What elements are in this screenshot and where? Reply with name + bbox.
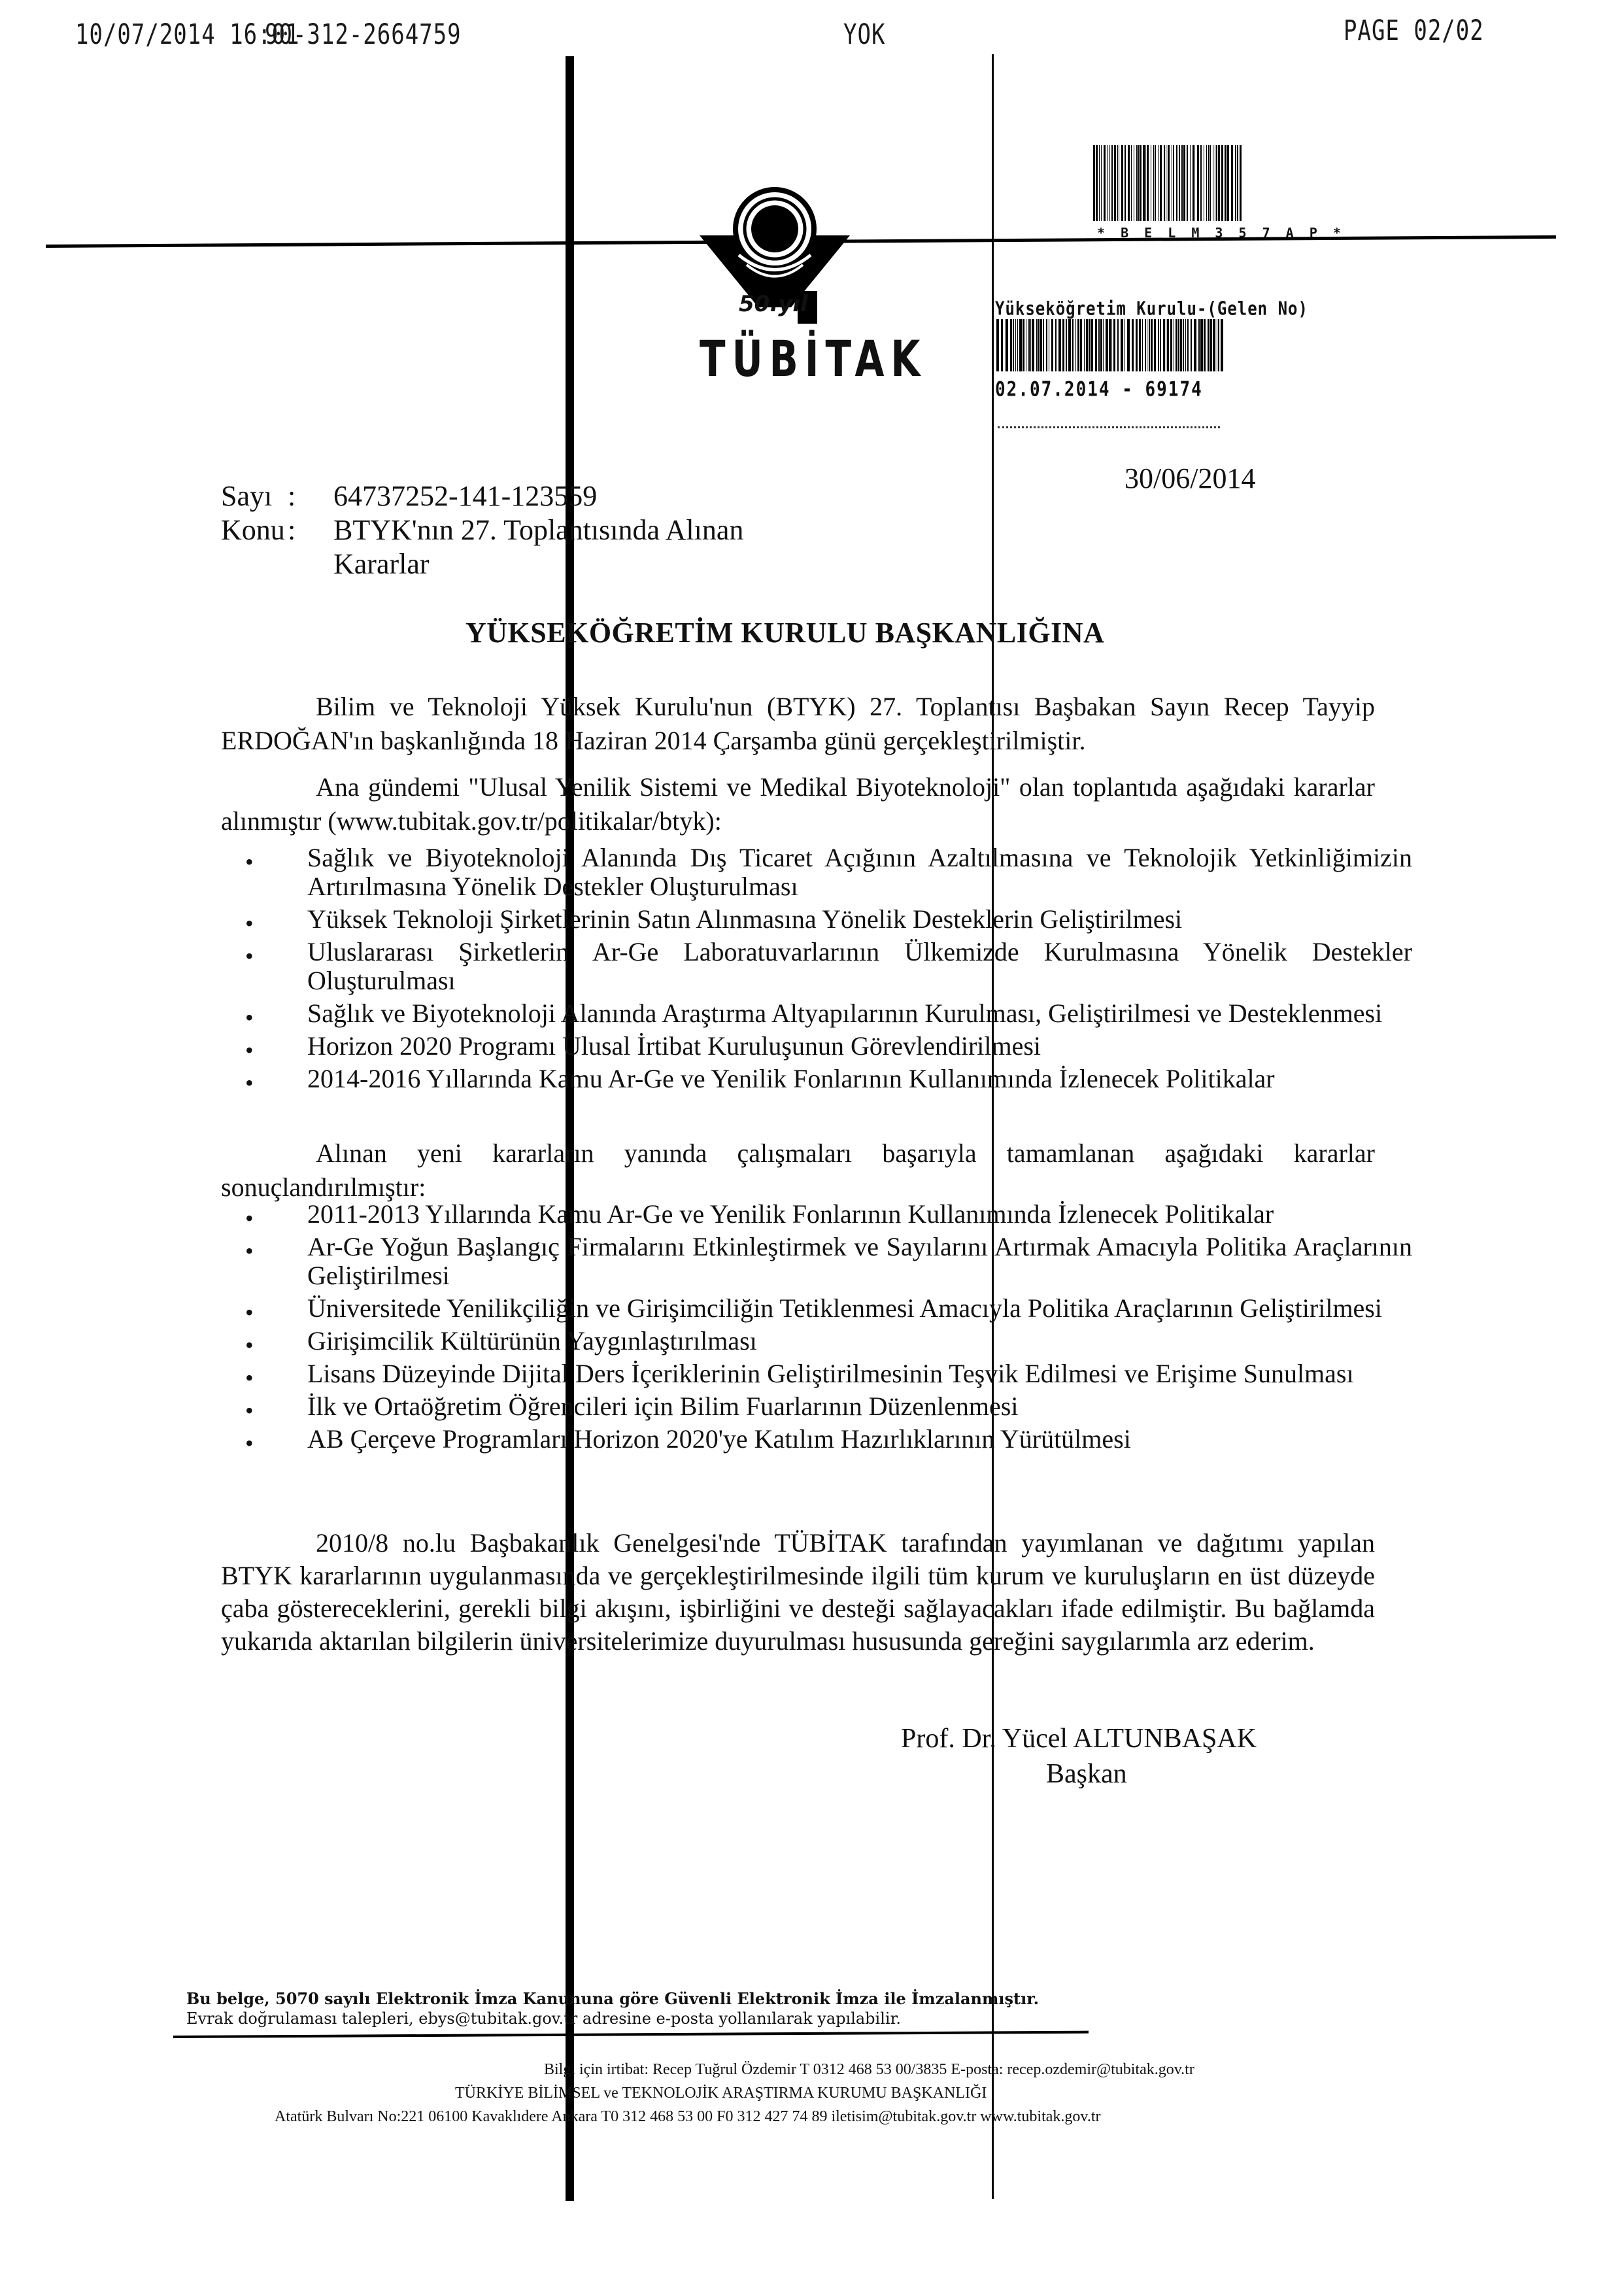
paragraph-1-text: Bilim ve Teknoloji Yüksek Kurulu'nun (BT…: [221, 692, 1375, 755]
barcode-bar: [1155, 145, 1156, 221]
verification-notice: Evrak doğrulaması talepleri, ebys@tubita…: [186, 2009, 901, 2028]
barcode-bar: [1179, 145, 1180, 221]
barcode-bar: [1183, 319, 1185, 371]
barcode-bar: [1149, 319, 1151, 371]
barcode-bar: [1160, 319, 1161, 371]
institution-address: Atatürk Bulvarı No:221 06100 Kavaklıdere…: [275, 2107, 1101, 2126]
barcode-bar: [1216, 145, 1217, 221]
fax-sender: YOK: [843, 18, 885, 51]
barcode-bar: [1168, 145, 1168, 221]
barcode-bar: [1145, 319, 1146, 371]
barcode-bar: [1125, 319, 1126, 371]
new-decisions-list: Sağlık ve Biyoteknoloji Alanında Dış Tic…: [307, 844, 1412, 1097]
barcode-bar: [1204, 319, 1206, 371]
barcode-bar: [1091, 319, 1093, 371]
barcode-bar: [1136, 145, 1138, 221]
barcode-bar: [1023, 319, 1025, 371]
barcode-bar: [1151, 145, 1151, 221]
barcode-bar: [1099, 145, 1100, 221]
barcode-bar: [1127, 319, 1130, 371]
barcode-bar: [1181, 145, 1183, 221]
barcode-bar: [1176, 319, 1177, 371]
barcode-bar: [1151, 319, 1153, 371]
barcode-bar: [1040, 319, 1042, 371]
barcode-bar: [1121, 319, 1123, 371]
barcode-bar: [1240, 145, 1242, 221]
registry-barcode: [996, 319, 1225, 371]
barcode-bar: [1089, 319, 1091, 371]
barcode-bar: [1109, 319, 1111, 371]
barcode-bar: [1178, 319, 1179, 371]
sayi-label: Sayı: [221, 479, 272, 514]
barcode-bar: [1187, 319, 1189, 371]
barcode-bar: [1185, 319, 1186, 371]
list-item: Sağlık ve Biyoteknoloji Alanında Dış Tic…: [307, 844, 1412, 901]
barcode-bar: [1128, 145, 1129, 221]
addressee-heading: YÜKSEKÖĞRETİM KURULU BAŞKANLIĞINA: [465, 616, 1104, 649]
barcode-bar: [1200, 145, 1201, 221]
signatory-title: Başkan: [1046, 1756, 1127, 1792]
konu-value-line1: BTYK'nın 27. Toplantısında Alınan: [333, 513, 743, 548]
barcode-bar: [1237, 145, 1238, 221]
barcode-bar: [1160, 145, 1161, 221]
barcode-bar: [1086, 319, 1088, 371]
barcode-bar: [1164, 145, 1165, 221]
document-barcode: [1093, 145, 1243, 221]
barcode-bar: [1062, 319, 1065, 371]
letter-date: 30/06/2014: [1125, 461, 1255, 496]
list-item: Üniversitede Yenilikçiliğin ve Girişimci…: [307, 1294, 1412, 1323]
barcode-bar: [996, 319, 999, 371]
barcode-bar: [1125, 145, 1125, 221]
barcode-bar: [1173, 145, 1175, 221]
barcode-bar: [1217, 319, 1217, 371]
list-item: 2011-2013 Yıllarında Kamu Ar-Ge ve Yenil…: [307, 1200, 1412, 1229]
barcode-bar: [1001, 319, 1004, 371]
paragraph-1: Bilim ve Teknoloji Yüksek Kurulu'nun (BT…: [221, 690, 1375, 758]
barcode-bar: [1100, 319, 1101, 371]
barcode-bar: [1051, 319, 1053, 371]
barcode-bar: [1183, 145, 1185, 221]
barcode-bar: [1068, 319, 1071, 371]
barcode-bar: [1158, 319, 1159, 371]
signatory-name: Prof. Dr. Yücel ALTUNBAŞAK: [901, 1721, 1257, 1756]
barcode-bar: [1174, 319, 1174, 371]
barcode-bar: [1180, 319, 1182, 371]
barcode-bar: [1204, 145, 1204, 221]
barcode-bar: [1213, 145, 1213, 221]
barcode-bar: [1043, 319, 1044, 371]
barcode-bar: [1114, 145, 1115, 221]
barcode-bar: [1194, 145, 1195, 221]
barcode-bar: [1154, 319, 1156, 371]
barcode-bar: [1210, 145, 1211, 221]
barcode-bar: [1163, 319, 1166, 371]
barcode-bar: [1106, 319, 1108, 371]
barcode-bar: [1138, 145, 1139, 221]
barcode-bar: [1098, 319, 1100, 371]
barcode-bar: [1036, 319, 1038, 371]
fax-phone: 90-312-2664759: [265, 18, 462, 51]
barcode-bar: [1084, 319, 1085, 371]
completed-decisions-list: 2011-2013 Yıllarında Kamu Ar-Ge ve Yenil…: [307, 1200, 1412, 1458]
paragraph-2-text: Ana gündemi "Ulusal Yenilik Sistemi ve M…: [221, 772, 1375, 836]
paragraph-2: Ana gündemi "Ulusal Yenilik Sistemi ve M…: [221, 770, 1375, 838]
barcode-bar: [1019, 319, 1022, 371]
barcode-bar: [1145, 145, 1146, 221]
sayi-value: 64737252-141-123559: [333, 479, 597, 514]
barcode-bar: [1200, 319, 1203, 371]
barcode-bar: [1013, 319, 1015, 371]
list-item: İlk ve Ortaöğretim Öğrencileri için Bili…: [307, 1392, 1412, 1421]
barcode-bar: [1231, 145, 1232, 221]
barcode-bar: [1191, 319, 1192, 371]
barcode-bar: [1142, 145, 1142, 221]
barcode-bar: [1095, 319, 1097, 371]
barcode-bar: [1006, 319, 1008, 371]
document-barcode-text: * B E L M 3 5 7 A P *: [1097, 225, 1345, 241]
barcode-bar: [1215, 145, 1215, 221]
paragraph-3: Alınan yeni kararların yanında çalışmala…: [221, 1136, 1375, 1204]
barcode-bar: [1049, 319, 1050, 371]
list-item: Sağlık ve Biyoteknoloji Alanında Araştır…: [307, 999, 1412, 1028]
barcode-bar: [1166, 319, 1166, 371]
barcode-bar: [1117, 145, 1118, 221]
institution-name: TÜRKİYE BİLİMSEL ve TEKNOLOJİK ARAŞTIRMA…: [455, 2083, 987, 2103]
barcode-bar: [1030, 319, 1031, 371]
barcode-bar: [1119, 145, 1119, 221]
list-item: Girişimcilik Kültürünün Yaygınlaştırılma…: [307, 1327, 1412, 1356]
barcode-bar: [1198, 319, 1200, 371]
barcode-bar: [1080, 319, 1082, 371]
barcode-bar: [1197, 145, 1199, 221]
list-item: Horizon 2020 Programı Ulusal İrtibat Kur…: [307, 1032, 1412, 1061]
barcode-bar: [1046, 319, 1047, 371]
barcode-bar: [1101, 145, 1102, 221]
barcode-bar: [1058, 319, 1061, 371]
barcode-bar: [1187, 145, 1187, 221]
list-item: Ar-Ge Yoğun Başlangıç Firmalarını Etkinl…: [307, 1233, 1412, 1290]
barcode-bar: [1015, 319, 1016, 371]
barcode-bar: [1055, 319, 1057, 371]
barcode-bar: [1167, 319, 1169, 371]
barcode-bar: [1190, 145, 1191, 221]
barcode-bar: [1103, 319, 1104, 371]
konu-separator: :: [288, 513, 296, 548]
list-item: Yüksek Teknoloji Şirketlerinin Satın Alı…: [307, 905, 1412, 934]
barcode-bar: [1005, 319, 1006, 371]
barcode-bar: [1213, 319, 1215, 371]
barcode-bar: [1111, 319, 1112, 371]
contact-info: Bilgi için irtibat: Recep Tuğrul Özdemir…: [544, 2060, 1194, 2079]
logo-org-name: TÜBİTAK: [700, 330, 926, 388]
barcode-bar: [1166, 145, 1166, 221]
barcode-bar: [1225, 145, 1226, 221]
barcode-bar: [1208, 145, 1209, 221]
barcode-bar: [1218, 319, 1220, 371]
barcode-bar: [1104, 145, 1106, 221]
barcode-bar: [1140, 145, 1141, 221]
tubitak-logo: 50.yıl: [693, 177, 856, 327]
barcode-bar: [1131, 145, 1132, 221]
barcode-bar: [1218, 145, 1220, 221]
barcode-bar: [1128, 145, 1128, 221]
barcode-bar: [1176, 145, 1177, 221]
barcode-bar: [1235, 145, 1236, 221]
barcode-bar: [1077, 319, 1079, 371]
barcode-bar: [1158, 145, 1159, 221]
barcode-bar: [1139, 319, 1141, 371]
barcode-bar: [1221, 319, 1223, 371]
barcode-bar: [1096, 145, 1098, 221]
barcode-bar: [1075, 319, 1076, 371]
paragraph-4: 2010/8 no.lu Başbakanlık Genelgesi'nde T…: [221, 1527, 1375, 1658]
barcode-bar: [1121, 145, 1123, 221]
registry-dotted-line: [998, 426, 1220, 430]
barcode-bar: [1206, 145, 1207, 221]
registry-label: Yükseköğretim Kurulu-(Gelen No): [995, 298, 1308, 320]
list-item: Lisans Düzeyinde Dijital Ders İçerikleri…: [307, 1359, 1412, 1388]
list-item: 2014-2016 Yıllarında Kamu Ar-Ge ve Yenil…: [307, 1065, 1412, 1093]
scan-artifact-thin-line: [992, 54, 994, 2199]
barcode-bar: [1170, 319, 1172, 371]
barcode-bar: [1066, 319, 1067, 371]
barcode-bar: [1194, 319, 1196, 371]
paragraph-3-text: Alınan yeni kararların yanında çalışmala…: [221, 1138, 1375, 1202]
barcode-bar: [1210, 319, 1212, 371]
paragraph-4-text: 2010/8 no.lu Başbakanlık Genelgesi'nde T…: [221, 1528, 1375, 1656]
barcode-bar: [1193, 145, 1193, 221]
barcode-bar: [1147, 145, 1149, 221]
barcode-bar: [1032, 319, 1034, 371]
barcode-bar: [1113, 319, 1115, 371]
barcode-bar: [1132, 319, 1134, 371]
barcode-bar: [1109, 145, 1110, 221]
sayi-separator: :: [288, 479, 296, 514]
barcode-bar: [1010, 319, 1012, 371]
barcode-bar: [1026, 319, 1026, 371]
fax-page-number: PAGE 02/02: [1344, 14, 1484, 47]
barcode-bar: [1142, 319, 1143, 371]
barcode-bar: [1221, 145, 1223, 221]
barcode-bar: [1028, 319, 1030, 371]
barcode-bar: [1143, 145, 1145, 221]
barcode-bar: [1107, 145, 1108, 221]
barcode-bar: [1136, 319, 1138, 371]
barcode-bar: [1147, 319, 1147, 371]
konu-value-line2: Kararlar: [333, 547, 430, 582]
list-item: AB Çerçeve Programları Horizon 2020'ye K…: [307, 1425, 1412, 1454]
barcode-bar: [1117, 319, 1119, 371]
barcode-bar: [1208, 319, 1210, 371]
barcode-bar: [1111, 145, 1113, 221]
barcode-bar: [1168, 145, 1169, 221]
anniversary-badge: 50.yıl: [739, 291, 808, 317]
barcode-bar: [1134, 145, 1134, 221]
barcode-bar: [1072, 319, 1074, 371]
barcode-bar: [1017, 319, 1018, 371]
barcode-bar: [1093, 145, 1095, 221]
barcode-bar: [1227, 145, 1229, 221]
barcode-bar: [1101, 319, 1102, 371]
esign-notice: Bu belge, 5070 sayılı Elektronik İmza Ka…: [186, 1989, 1039, 2009]
barcode-bar: [1038, 319, 1040, 371]
scan-artifact-thick-line: [566, 56, 574, 2201]
konu-label: Konu: [221, 513, 285, 548]
registry-date-number: 02.07.2014 - 69174: [995, 378, 1203, 401]
barcode-bar: [1172, 145, 1172, 221]
footer-rule: [173, 2031, 1089, 2038]
list-item: Uluslararası Şirketlerin Ar-Ge Laboratuv…: [307, 938, 1412, 995]
barcode-bar: [1153, 145, 1154, 221]
